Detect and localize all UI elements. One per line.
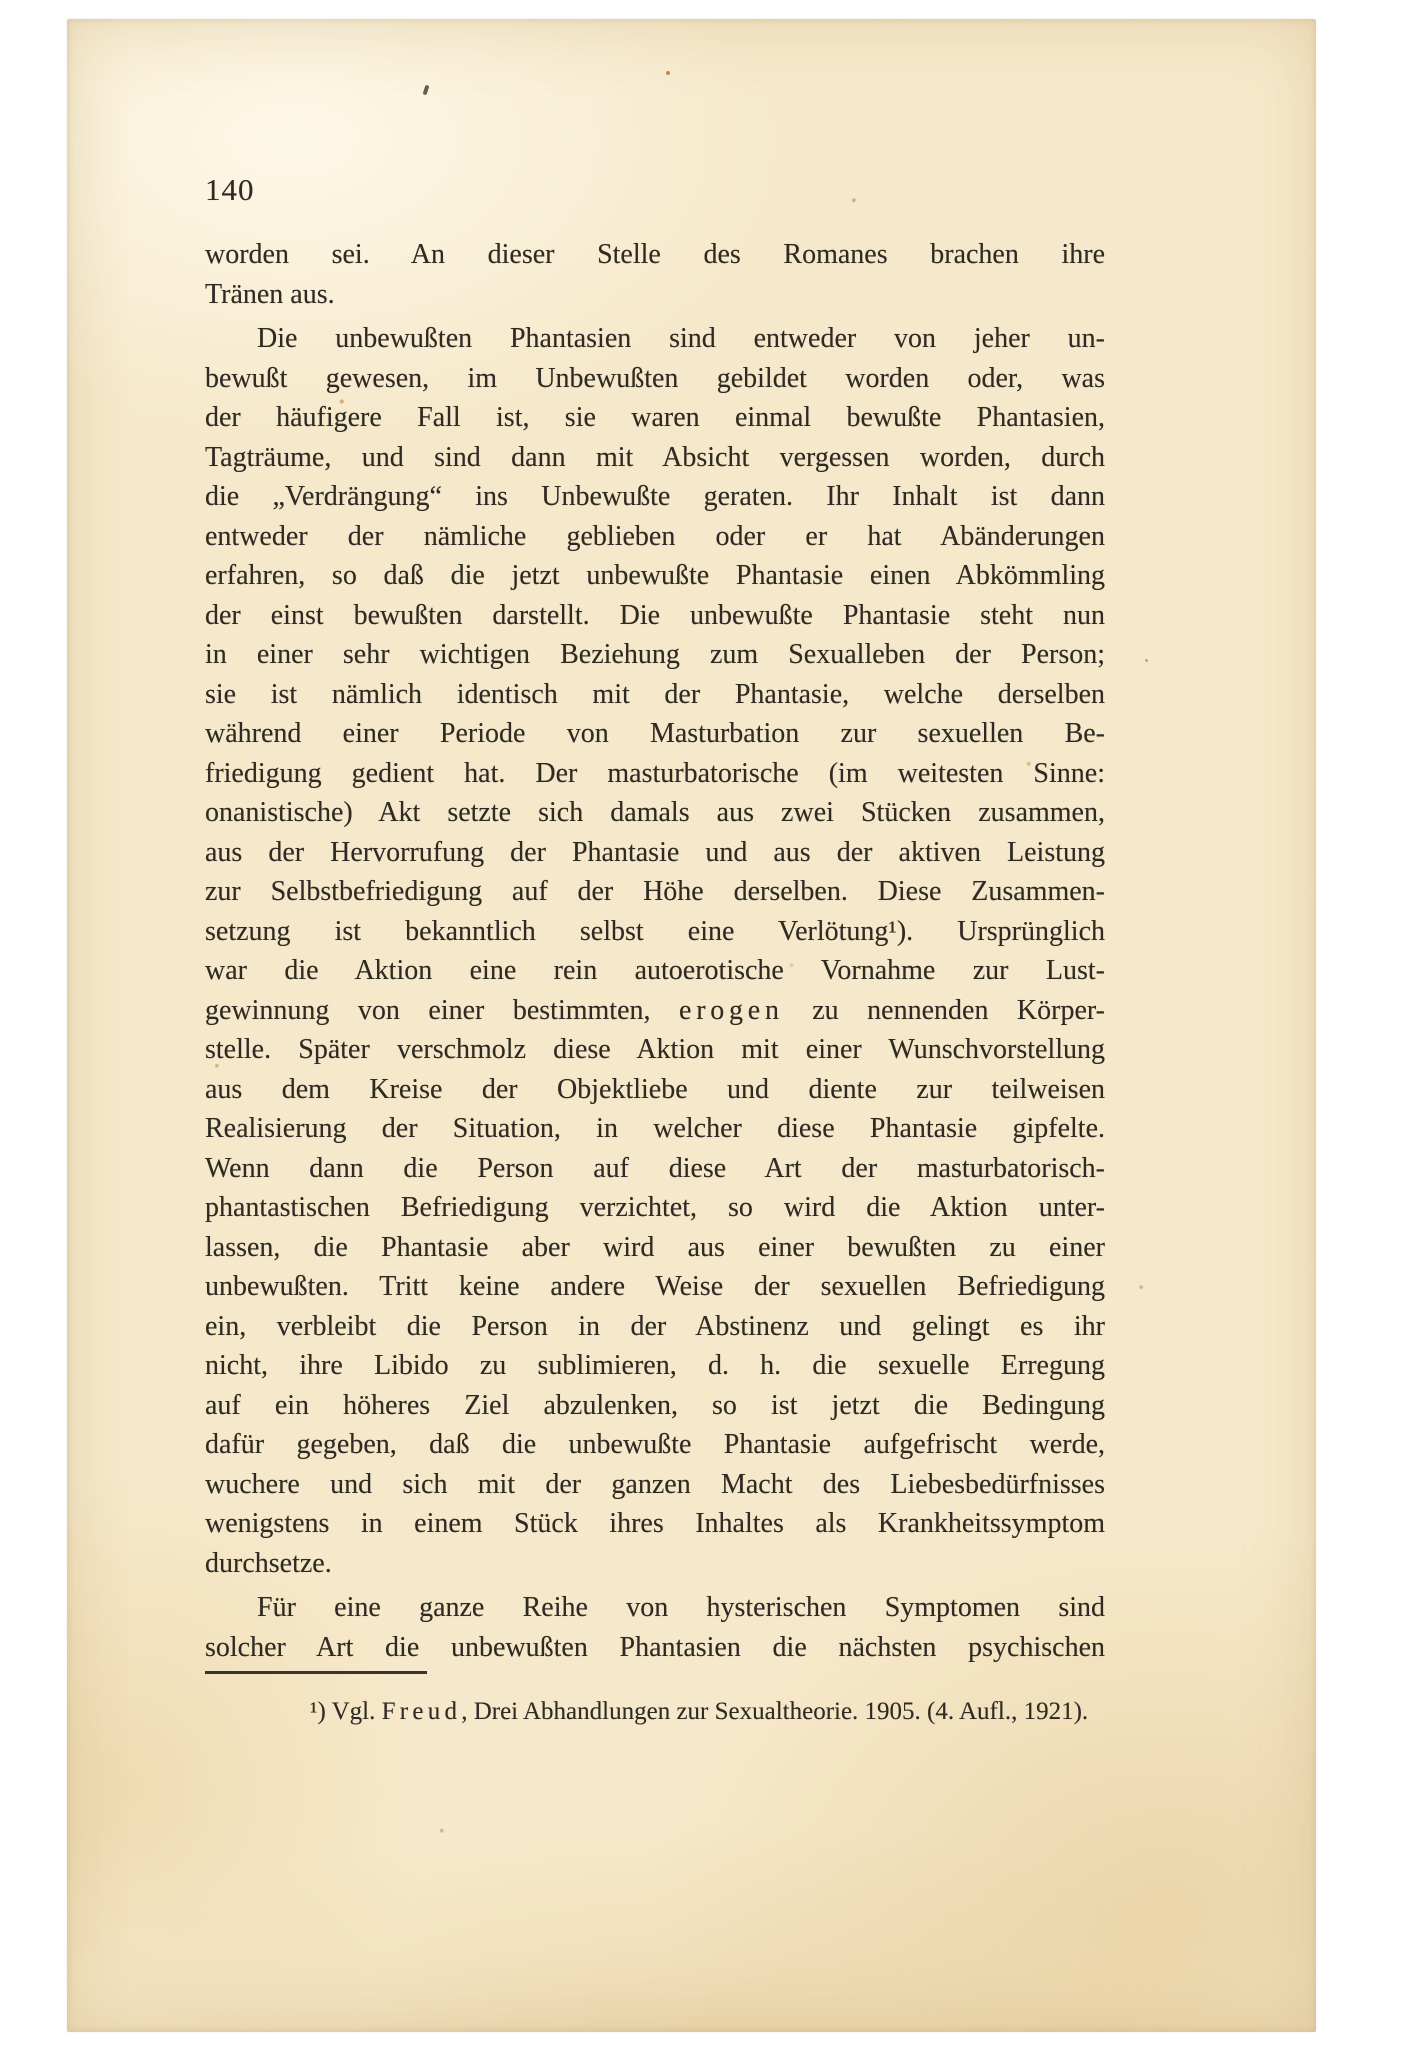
text-line: Tränen aus.	[205, 275, 1105, 315]
body-text: worden sei. An dieser Stelle des Romanes…	[205, 235, 1105, 1667]
text-line: in einer sehr wichtigen Beziehung zum Se…	[205, 635, 1105, 675]
paper-speck	[423, 85, 430, 96]
text-line: worden sei. An dieser Stelle des Romanes…	[205, 235, 1105, 275]
text-line: Realisierung der Situation, in welcher d…	[205, 1109, 1105, 1149]
text-line: lassen, die Phantasie aber wird aus eine…	[205, 1228, 1105, 1268]
text-line: friedigung gedient hat. Der masturbatori…	[205, 754, 1105, 794]
text-line: Tagträume, und sind dann mit Absicht ver…	[205, 438, 1105, 478]
text-line: Wenn dann die Person auf diese Art der m…	[205, 1149, 1105, 1189]
text-line: wuchere und sich mit der ganzen Macht de…	[205, 1465, 1105, 1505]
text-line: stelle. Später verschmolz diese Aktion m…	[205, 1030, 1105, 1070]
text-line: wenigstens in einem Stück ihres Inhaltes…	[205, 1504, 1105, 1544]
text-line: bewußt gewesen, im Unbewußten gebildet w…	[205, 359, 1105, 399]
footnote-divider	[205, 1671, 427, 1674]
text-line: entweder der nämliche geblieben oder er …	[205, 517, 1105, 557]
page-number: 140	[205, 174, 255, 205]
paper-speck	[666, 71, 670, 75]
book-page: 140 worden sei. An dieser Stelle des Rom…	[67, 19, 1316, 2032]
text-line: sie ist nämlich identisch mit der Phanta…	[205, 675, 1105, 715]
footnote-text: ¹) Vgl. Freud, Drei Abhandlungen zur Sex…	[205, 1695, 1220, 1729]
text-line: dafür gegeben, daß die unbewußte Phantas…	[205, 1425, 1105, 1465]
text-line: onanistische) Akt setzte sich damals aus…	[205, 793, 1105, 833]
text-line: war die Aktion eine rein autoerotische V…	[205, 951, 1105, 991]
text-line: phantastischen Befriedigung verzichtet, …	[205, 1188, 1105, 1228]
text-line: solcher Art die unbewußten Phantasien di…	[205, 1628, 1105, 1668]
text-line: der einst bewußten darstellt. Die unbewu…	[205, 596, 1105, 636]
text-line: gewinnung von einer bestimmten, erogen z…	[205, 991, 1105, 1031]
text-line: zur Selbstbefriedigung auf der Höhe ders…	[205, 872, 1105, 912]
text-line: unbewußten. Tritt keine andere Weise der…	[205, 1267, 1105, 1307]
text-line: setzung ist bekanntlich selbst eine Verl…	[205, 912, 1105, 952]
text-line: auf ein höheres Ziel abzulenken, so ist …	[205, 1386, 1105, 1426]
text-line: ein, verbleibt die Person in der Abstine…	[205, 1307, 1105, 1347]
text-line: die „Verdrängung“ ins Unbewußte geraten.…	[205, 477, 1105, 517]
text-line: Die unbewußten Phantasien sind entweder …	[205, 319, 1105, 359]
scan-background: { "theme": { "paper_color": "#f6e9cb", "…	[0, 0, 1414, 2054]
text-line: erfahren, so daß die jetzt unbewußte Pha…	[205, 556, 1105, 596]
text-line: nicht, ihre Libido zu sublimieren, d. h.…	[205, 1346, 1105, 1386]
text-line: aus der Hervorrufung der Phantasie und a…	[205, 833, 1105, 873]
paper-speck	[1145, 659, 1148, 662]
text-line: der häufigere Fall ist, sie waren einmal…	[205, 398, 1105, 438]
text-line: durchsetze.	[205, 1544, 1105, 1584]
text-line: Für eine ganze Reihe von hysterischen Sy…	[205, 1588, 1105, 1628]
text-line: während einer Periode von Masturbation z…	[205, 714, 1105, 754]
text-line: aus dem Kreise der Objektliebe und dient…	[205, 1070, 1105, 1110]
